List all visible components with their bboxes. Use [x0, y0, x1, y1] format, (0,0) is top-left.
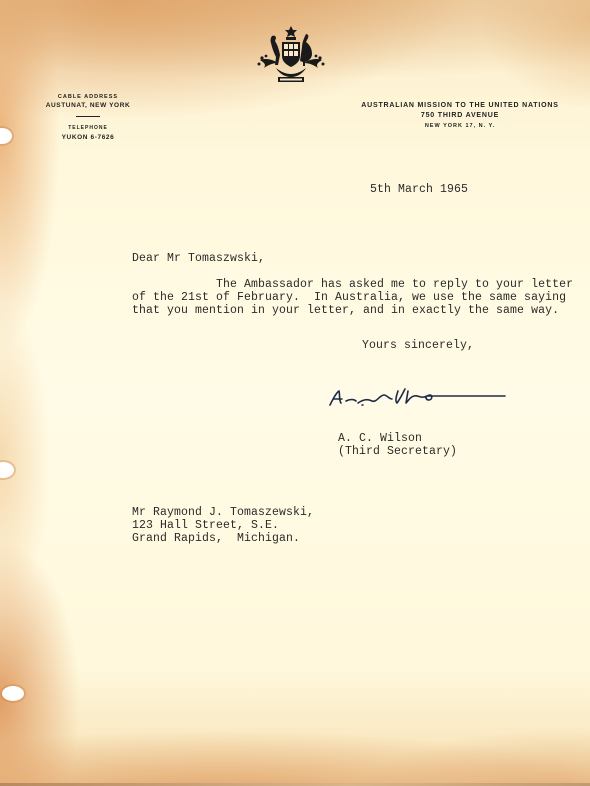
organization-name: Australian Mission to the United Nations	[352, 102, 568, 109]
cable-address-value: AUSTUNAT, NEW YORK	[38, 102, 138, 109]
punch-hole-bottom	[2, 686, 24, 701]
cable-telephone-block: Cable Address AUSTUNAT, NEW YORK Telepho…	[38, 94, 138, 141]
salutation: Dear Mr Tomaszwski,	[132, 252, 265, 265]
punch-hole-middle	[0, 462, 14, 478]
divider	[76, 116, 100, 117]
telephone-label: Telephone	[38, 125, 138, 131]
body-line: The Ambassador has asked me to reply to …	[132, 278, 573, 291]
signature-icon	[328, 381, 514, 411]
body-line: that you mention in your letter, and in …	[132, 304, 573, 317]
signer-title: (Third Secretary)	[338, 445, 457, 458]
organization-city: New York 17, N. Y.	[352, 123, 568, 129]
body-line: of the 21st of February. In Australia, w…	[132, 291, 573, 304]
letter-body: The Ambassador has asked me to reply to …	[132, 278, 573, 318]
recipient-name: Mr Raymond J. Tomaszewski,	[132, 506, 314, 519]
telephone-value: YUkon 6-7626	[38, 134, 138, 141]
signer-name: A. C. Wilson	[338, 432, 457, 445]
letter-page: Cable Address AUSTUNAT, NEW YORK Telepho…	[0, 0, 590, 786]
mission-address-block: Australian Mission to the United Nations…	[352, 102, 568, 129]
organization-street: 750 Third Avenue	[352, 112, 568, 119]
recipient-city: Grand Rapids, Michigan.	[132, 532, 314, 545]
closing: Yours sincerely,	[362, 339, 474, 352]
letter-date: 5th March 1965	[370, 183, 468, 196]
signer-block: A. C. Wilson (Third Secretary)	[338, 432, 457, 458]
punch-hole-top	[0, 128, 12, 144]
recipient-address: Mr Raymond J. Tomaszewski, 123 Hall Stre…	[132, 506, 314, 546]
recipient-street: 123 Hall Street, S.E.	[132, 519, 314, 532]
cable-address-label: Cable Address	[38, 94, 138, 100]
coat-of-arms-icon	[254, 24, 328, 86]
